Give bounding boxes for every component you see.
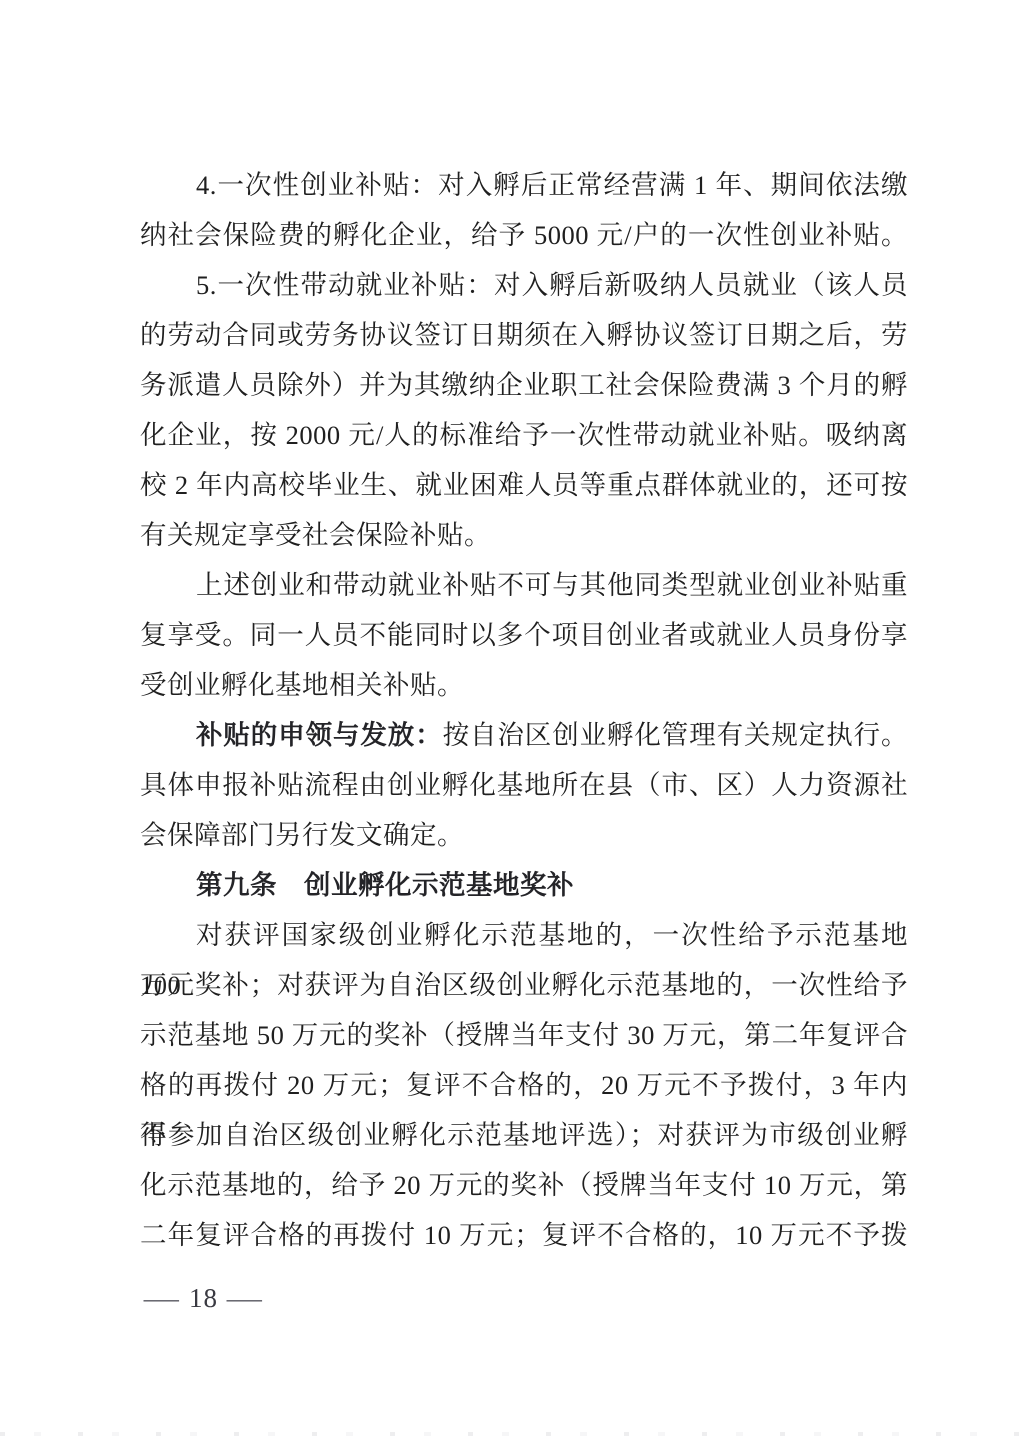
- text-line: 二年复评合格的再拨付 10 万元；复评不合格的，10 万元不予拨: [140, 1210, 908, 1260]
- text-line: 万元奖补；对获评为自治区级创业孵化示范基地的，一次性给予: [140, 960, 908, 1010]
- text-line: 的劳动合同或劳务协议签订日期须在入孵协议签订日期之后，劳: [140, 310, 908, 360]
- text-line: 5.一次性带动就业补贴：对入孵后新吸纳人员就业（该人员: [140, 260, 908, 310]
- text-line: 化企业，按 2000 元/人的标准给予一次性带动就业补贴。吸纳离: [140, 410, 908, 460]
- text-line: 复享受。同一人员不能同时以多个项目创业者或就业人员身份享: [140, 610, 908, 660]
- text-line: 校 2 年内高校毕业生、就业困难人员等重点群体就业的，还可按: [140, 460, 908, 510]
- text-line: 得参加自治区级创业孵化示范基地评选）；对获评为市级创业孵: [140, 1110, 908, 1160]
- text-line: 纳社会保险费的孵化企业，给予 5000 元/户的一次性创业补贴。: [140, 210, 908, 260]
- text-line: 会保障部门另行发文确定。: [140, 810, 908, 860]
- text-line: 化示范基地的，给予 20 万元的奖补（授牌当年支付 10 万元，第: [140, 1160, 908, 1210]
- text-line: 有关规定享受社会保险补贴。: [140, 510, 908, 560]
- text-line: 上述创业和带动就业补贴不可与其他同类型就业创业补贴重: [140, 560, 908, 610]
- footer-dash-right: —: [227, 1283, 263, 1314]
- page-number-footer: — 18 —: [148, 1283, 259, 1314]
- text-line: 第九条 创业孵化示范基地奖补: [140, 860, 908, 910]
- text-line: 务派遣人员除外）并为其缴纳企业职工社会保险费满 3 个月的孵: [140, 360, 908, 410]
- text-line: 具体申报补贴流程由创业孵化基地所在县（市、区）人力资源社: [140, 760, 908, 810]
- text-line: 示范基地 50 万元的奖补（授牌当年支付 30 万元，第二年复评合: [140, 1010, 908, 1060]
- text-line: 4.一次性创业补贴：对入孵后正常经营满 1 年、期间依法缴: [140, 160, 908, 210]
- text-line: 受创业孵化基地相关补贴。: [140, 660, 908, 710]
- bold-lead-in: 补贴的申领与发放：: [196, 720, 443, 750]
- text-line: 格的再拨付 20 万元；复评不合格的，20 万元不予拨付，3 年内不: [140, 1060, 908, 1110]
- document-body: 4.一次性创业补贴：对入孵后正常经营满 1 年、期间依法缴纳社会保险费的孵化企业…: [140, 160, 908, 1260]
- page-number: 18: [189, 1283, 218, 1314]
- text-line: 补贴的申领与发放：按自治区创业孵化管理有关规定执行。: [140, 710, 908, 760]
- document-page: 4.一次性创业补贴：对入孵后正常经营满 1 年、期间依法缴纳社会保险费的孵化企业…: [0, 0, 1024, 1448]
- text-line: 对获评国家级创业孵化示范基地的，一次性给予示范基地 100: [140, 910, 908, 960]
- footer-dash-left: —: [144, 1283, 180, 1314]
- scan-noise-artifact: [0, 1432, 1024, 1436]
